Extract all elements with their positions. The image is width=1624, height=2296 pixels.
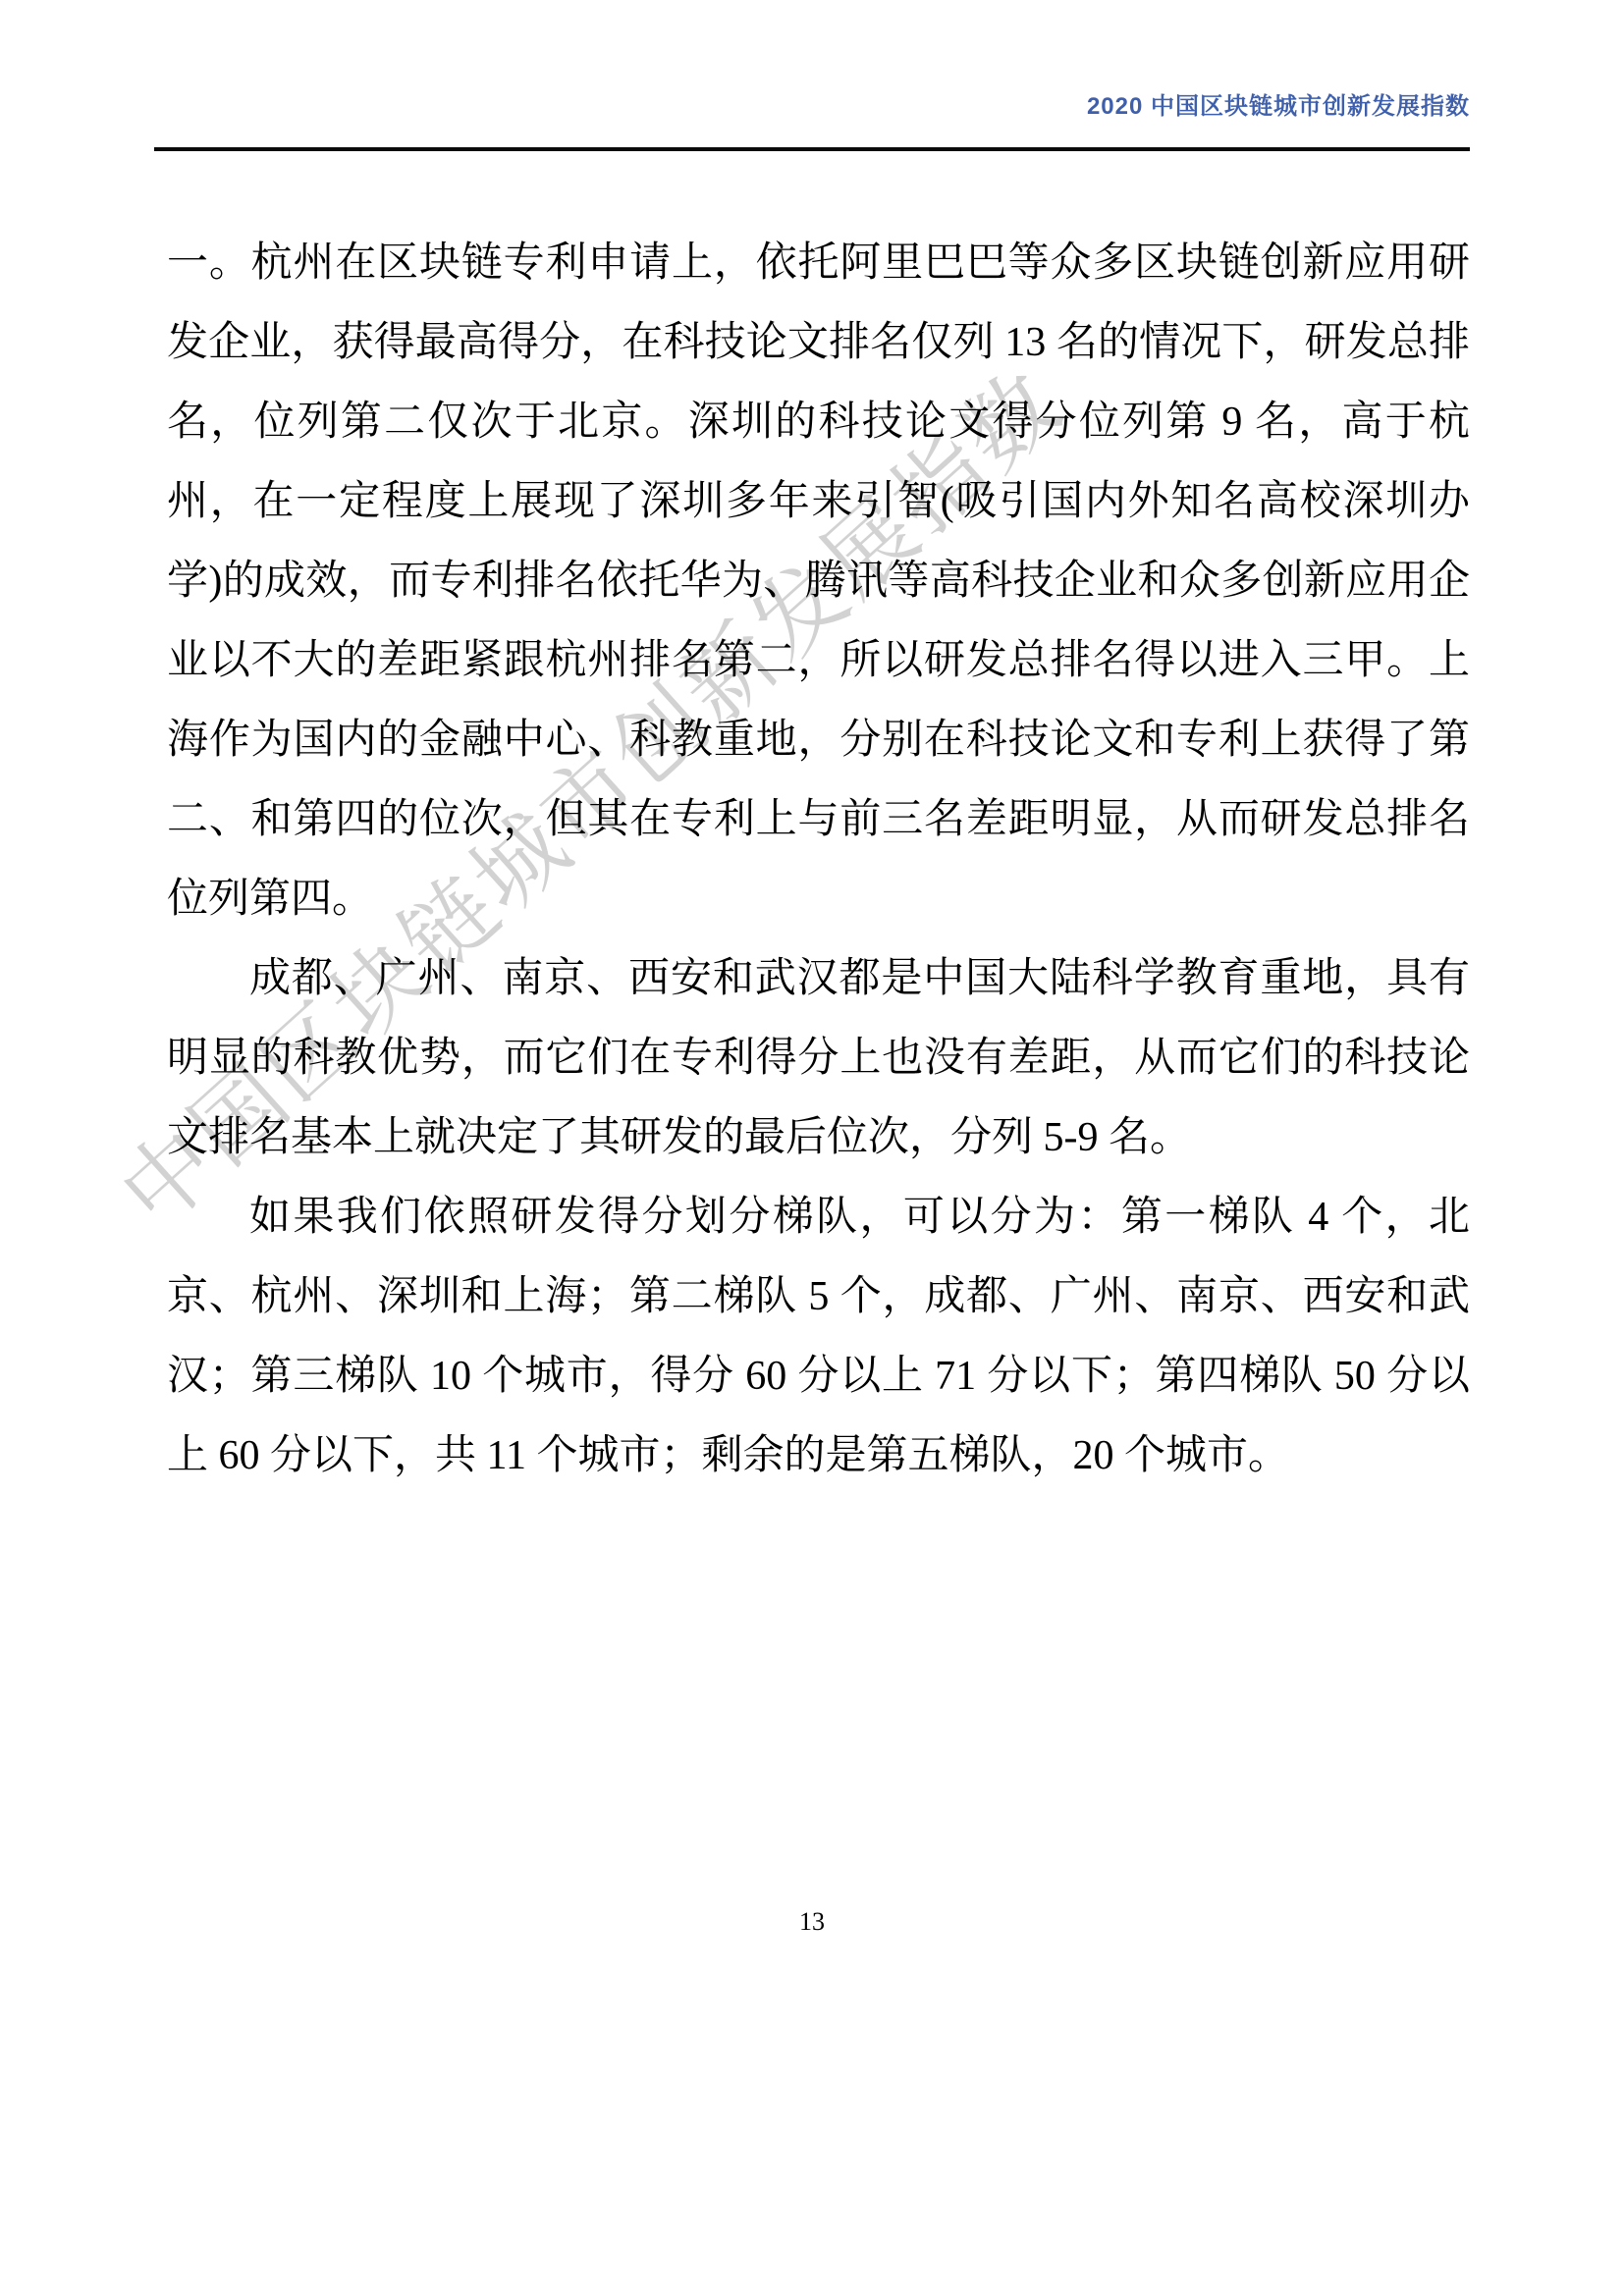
- page-header: 2020 中国区块链城市创新发展指数: [154, 86, 1470, 121]
- paragraph-2: 成都、广州、南京、西安和武汉都是中国大陆科学教育重地，具有明显的科教优势，而它们…: [167, 939, 1470, 1178]
- document-page: 2020 中国区块链城市创新发展指数 中国区块链城市创新发展指数 一。杭州在区块…: [0, 0, 1624, 2296]
- header-title: 2020 中国区块链城市创新发展指数: [1087, 93, 1470, 120]
- page-footer: 13: [0, 1907, 1624, 1937]
- header-rule: [154, 147, 1470, 151]
- paragraph-3: 如果我们依照研发得分划分梯队，可以分为：第一梯队 4 个，北京、杭州、深圳和上海…: [167, 1178, 1470, 1496]
- paragraph-1: 一。杭州在区块链专利申请上，依托阿里巴巴等众多区块链创新应用研发企业，获得最高得…: [167, 224, 1470, 939]
- page-number: 13: [799, 1907, 825, 1936]
- body-content: 一。杭州在区块链专利申请上，依托阿里巴巴等众多区块链创新应用研发企业，获得最高得…: [167, 224, 1470, 1496]
